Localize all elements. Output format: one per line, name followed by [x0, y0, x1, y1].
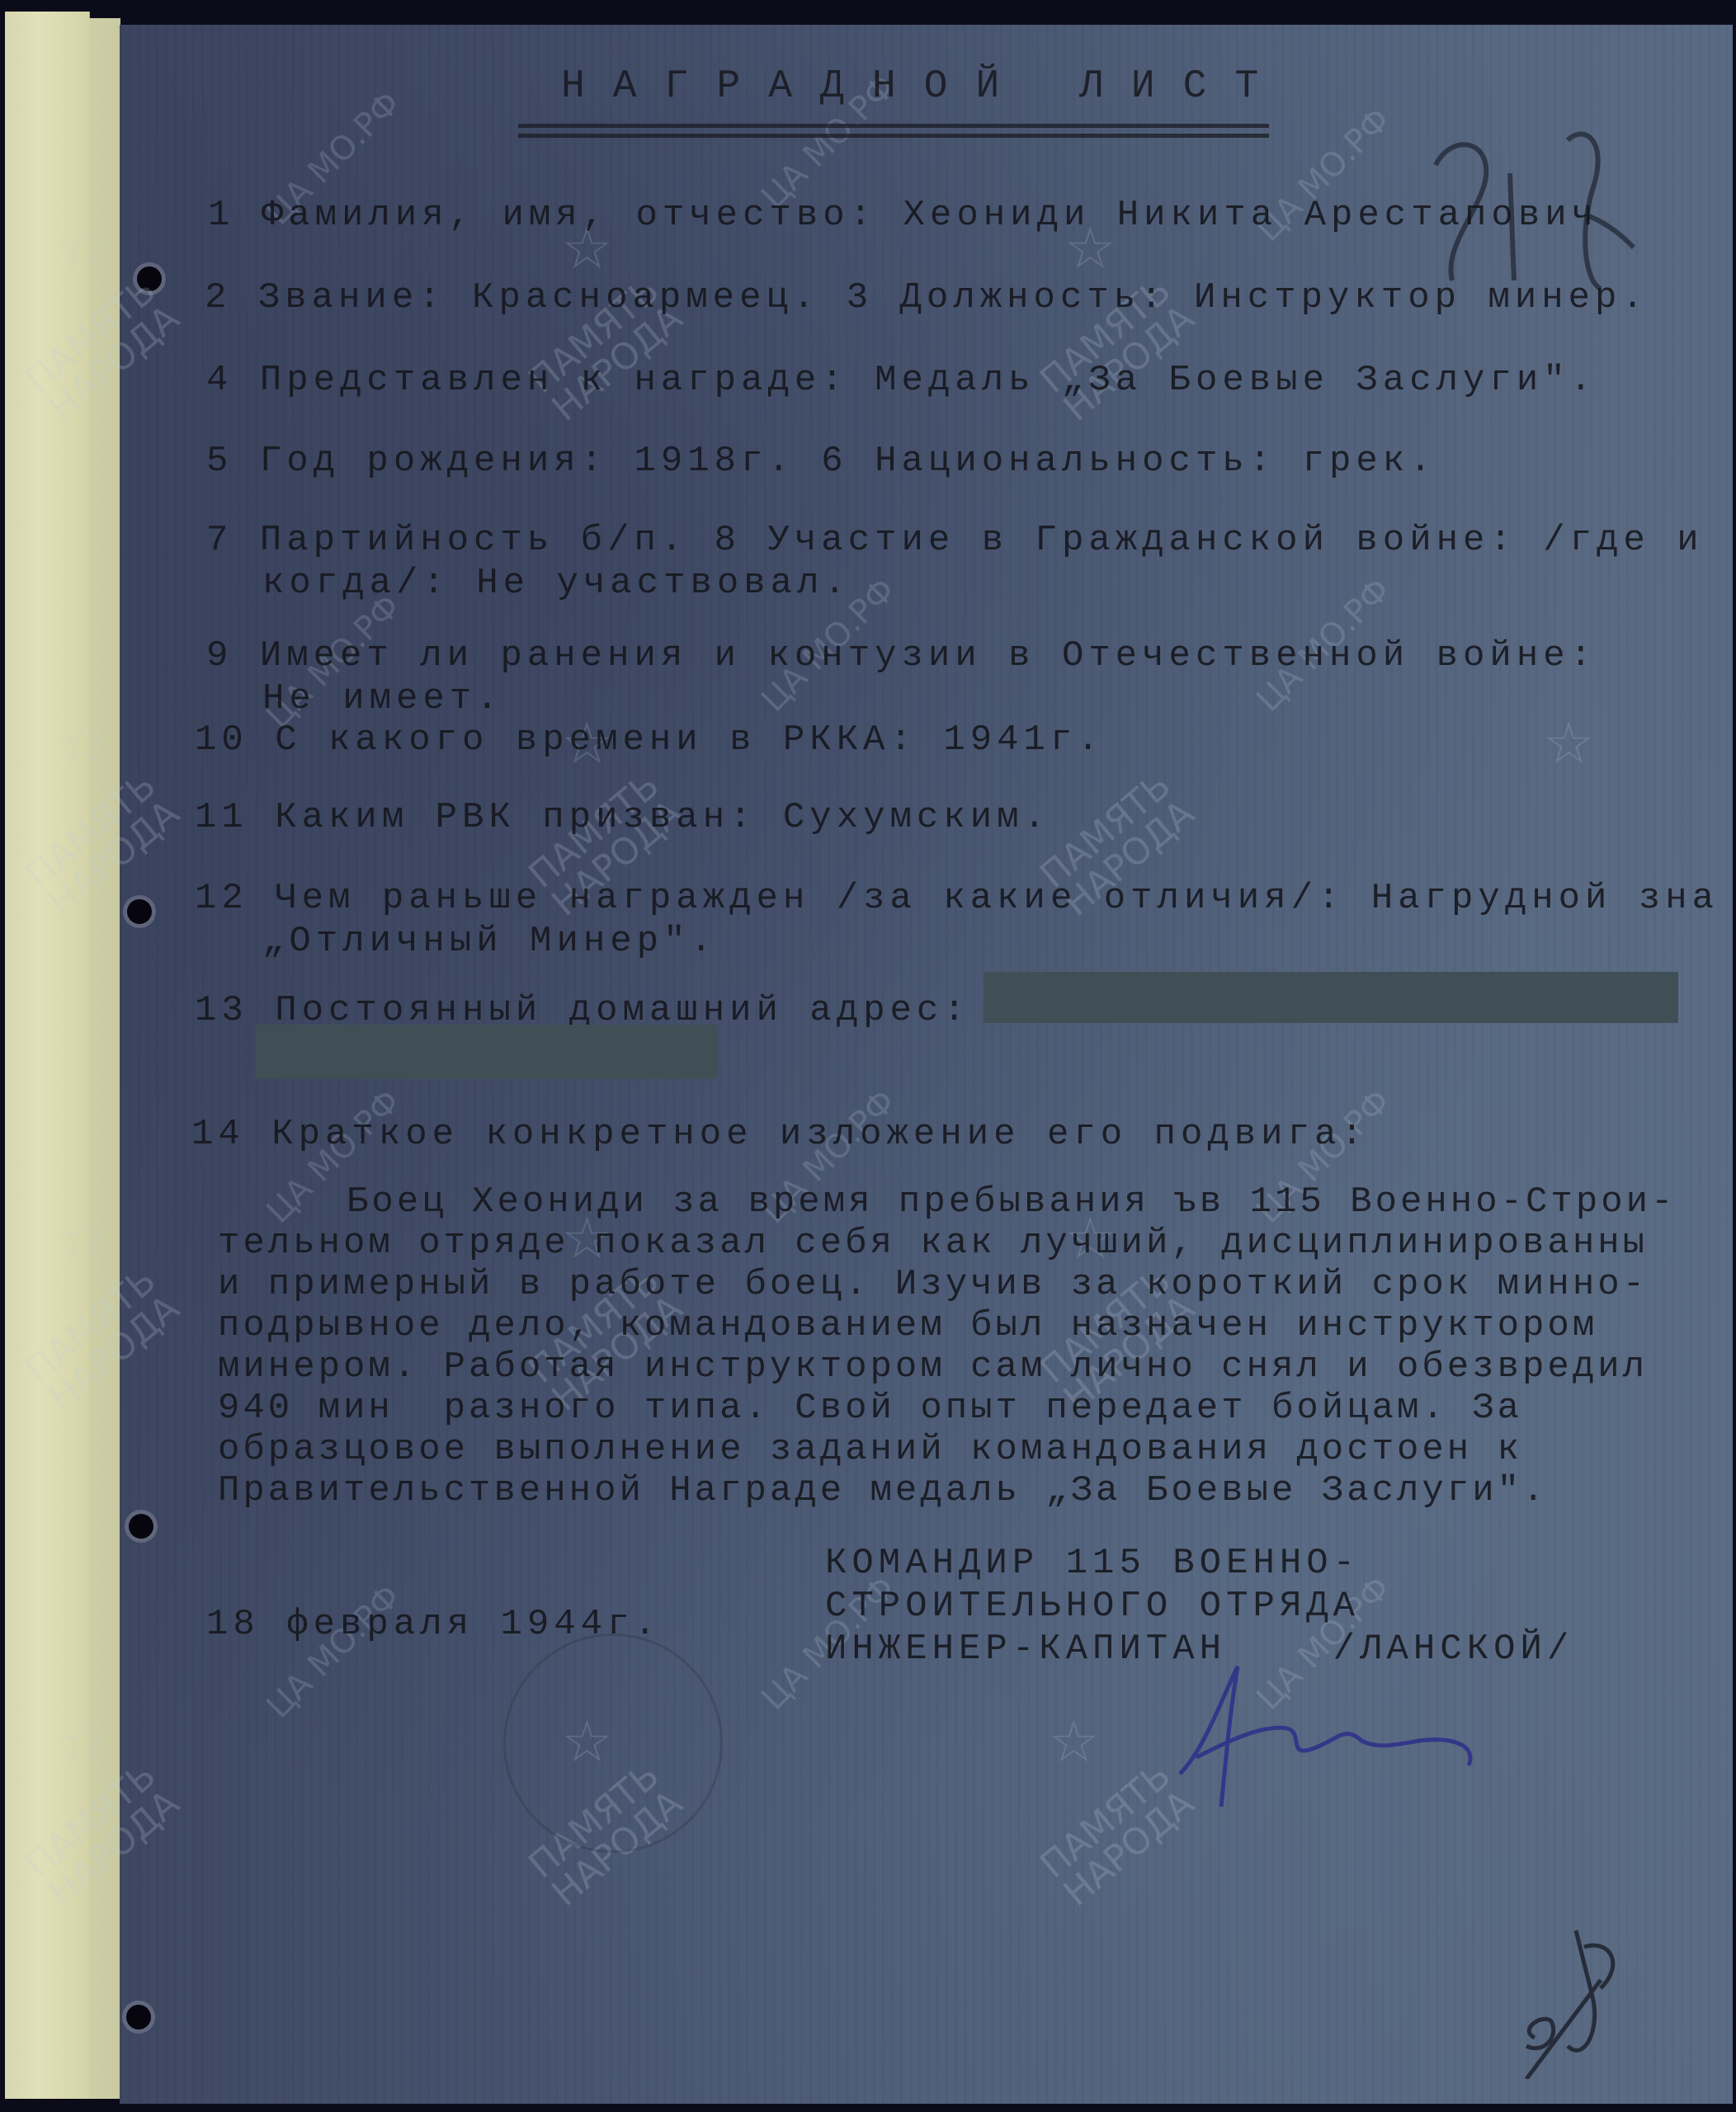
handwritten-corner-mark	[1493, 1897, 1658, 2079]
watermark-star-icon: ☆	[1543, 709, 1595, 777]
narrative-line: 940 мин разного типа. Свой опыт передает…	[218, 1388, 1522, 1429]
punch-hole	[129, 1514, 153, 1539]
field-12-continuation: „Отличный Минер".	[262, 921, 717, 962]
field-7-party-civil-war: 7 Партийность б/п. 8 Участие в Гражданск…	[206, 520, 1704, 561]
title-underline	[518, 134, 1269, 138]
redacted-address-block	[984, 972, 1678, 1023]
field-7-continuation: когда/: Не участвовал.	[262, 563, 851, 604]
field-10-service-start: 10 С какого времени в РККА: 1941г.	[195, 719, 1104, 761]
field-4-award: 4 Представлен к награде: Медаль „За Боев…	[206, 360, 1597, 401]
field-1-full-name: 1 Фамилия, имя, отчество: Хеониди Никита…	[208, 195, 1598, 236]
handwritten-signature	[1147, 1650, 1510, 1815]
field-9-wounds: 9 Имеет ли ранения и контузии в Отечеств…	[206, 635, 1597, 676]
watermark-star-icon: ☆	[58, 214, 110, 282]
narrative-line: и примерный в работе боец. Изучив за кор…	[218, 1264, 1648, 1305]
narrative-line: минером. Работая инструктором сам лично …	[218, 1346, 1648, 1388]
watermark-star-icon: ☆	[58, 1708, 110, 1775]
punch-hole	[126, 2005, 151, 2029]
signature-block-line: СТРОИТЕЛЬНОГО ОТРЯДА	[825, 1586, 1360, 1627]
narrative-line: Боец Хеониди за время пребывания ъв 115 …	[221, 1181, 1676, 1223]
paper-margin-strip	[5, 12, 90, 2099]
field-11-draft-office: 11 Каким РВК призван: Сухумским.	[195, 797, 1050, 838]
watermark-star-icon: ☆	[58, 1204, 110, 1272]
field-12-previous-awards: 12 Чем раньше награжден /за какие отличи…	[195, 878, 1719, 919]
punch-hole	[137, 266, 162, 291]
punch-hole	[127, 899, 152, 924]
redacted-address-block	[256, 1025, 718, 1079]
paper-inner-strip	[89, 18, 120, 2099]
narrative-line: подрывное дело, командованием был назнач…	[218, 1305, 1597, 1346]
document-title: НАГРАДНОЙ ЛИСТ	[561, 64, 1286, 109]
field-2-rank-position: 2 Звание: Красноармеец. 3 Должность: Инс…	[205, 277, 1649, 318]
watermark-star-icon: ☆	[58, 709, 110, 777]
field-9-continuation: Не имеет.	[262, 678, 503, 719]
title-underline	[518, 124, 1269, 128]
signature-block-line: КОМАНДИР 115 ВОЕННО-	[825, 1543, 1360, 1584]
field-5-birth-nationality: 5 Год рождения: 1918г. 6 Национальность:…	[206, 441, 1436, 482]
watermark-star-icon: ☆	[1048, 1708, 1100, 1775]
narrative-line: образцовое выполнение заданий командован…	[218, 1429, 1522, 1470]
faded-round-stamp	[503, 1633, 723, 1853]
narrative-line: тельном отряде показал себя как лучший, …	[218, 1223, 1648, 1264]
narrative-line: Правительственной Награде медаль „За Бое…	[218, 1470, 1547, 1511]
field-14-feat-heading: 14 Краткое конкретное изложение его подв…	[191, 1114, 1368, 1155]
